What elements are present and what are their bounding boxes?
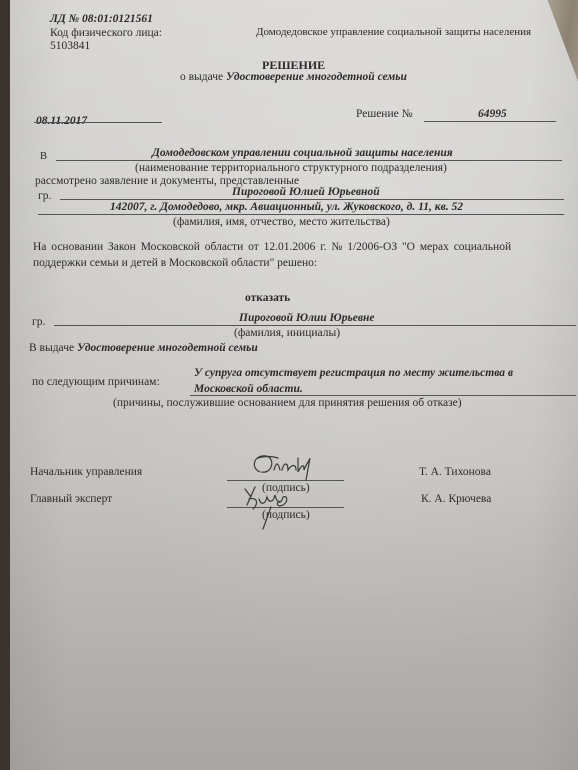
department-underline <box>56 160 562 161</box>
department-caption: (наименование территориального структурн… <box>135 163 447 175</box>
document-subtitle: о выдаче Удостоверение многодетной семьи <box>180 72 407 84</box>
in-prefix: В <box>40 152 47 163</box>
signature-1-icon <box>248 450 328 482</box>
date-underline <box>34 122 162 123</box>
decision-result: отказать <box>245 293 290 305</box>
basis-line-2: поддержки семьи и детей в Московской обл… <box>33 258 317 270</box>
issue-line: В выдаче Удостоверение многодетной семьи <box>29 343 258 355</box>
signer-1-name: Т. А. Тихонова <box>419 467 491 479</box>
ld-number: ЛД № 08:01:0121561 <box>50 14 153 26</box>
subtitle-prefix: о выдаче <box>180 71 223 83</box>
applicant-caption: (фамилия, имя, отчество, место жительств… <box>173 217 390 229</box>
signer-1-position: Начальник управления <box>30 467 142 479</box>
signer-2-name: К. А. Крючева <box>421 494 491 506</box>
applicant-name: Пироговой Юлией Юрьевной <box>232 187 380 199</box>
decision-number: 64995 <box>478 109 507 121</box>
document-page: ЛД № 08:01:0121561 Код физического лица:… <box>10 0 578 770</box>
person-code-value: 5103841 <box>50 41 90 53</box>
reasons-line-1: У супруга отсутствует регистрация по мес… <box>194 368 513 380</box>
person-code-label: Код физического лица: <box>50 28 162 40</box>
issue-document: Удостоверение многодетной семьи <box>77 342 258 354</box>
document-title: РЕШЕНИЕ <box>262 59 325 71</box>
signature-2-icon <box>235 483 310 533</box>
reasons-caption: (причины, послужившие основанием для при… <box>113 398 462 410</box>
organization-name: Домодедовское управление социальной защи… <box>256 27 531 38</box>
number-underline <box>424 121 556 122</box>
reasons-line-2: Московской области. <box>194 384 303 396</box>
signer-2-position: Главный эксперт <box>30 494 112 506</box>
recipient-name: Пироговой Юлии Юрьевне <box>239 313 374 325</box>
department-name: Домодедовском управлении социальной защи… <box>152 148 453 160</box>
reasons-label: по следующим причинам: <box>32 377 160 389</box>
applicant-address-underline <box>38 214 564 215</box>
recipient-prefix: гр. <box>32 317 45 329</box>
recipient-underline <box>54 325 576 326</box>
decision-number-label: Решение № <box>356 109 413 121</box>
applicant-name-underline <box>60 199 564 200</box>
issue-prefix: В выдаче <box>29 342 74 354</box>
reasons-underline <box>190 395 576 396</box>
applicant-address: 142007, г. Домодедово, мкр. Авиационный,… <box>110 202 463 214</box>
subtitle-document: Удостоверение многодетной семьи <box>226 71 407 83</box>
citizen-prefix: гр. <box>38 191 51 203</box>
recipient-caption: (фамилия, инициалы) <box>234 328 340 340</box>
basis-line-1: На основании Закон Московской области от… <box>33 242 511 254</box>
